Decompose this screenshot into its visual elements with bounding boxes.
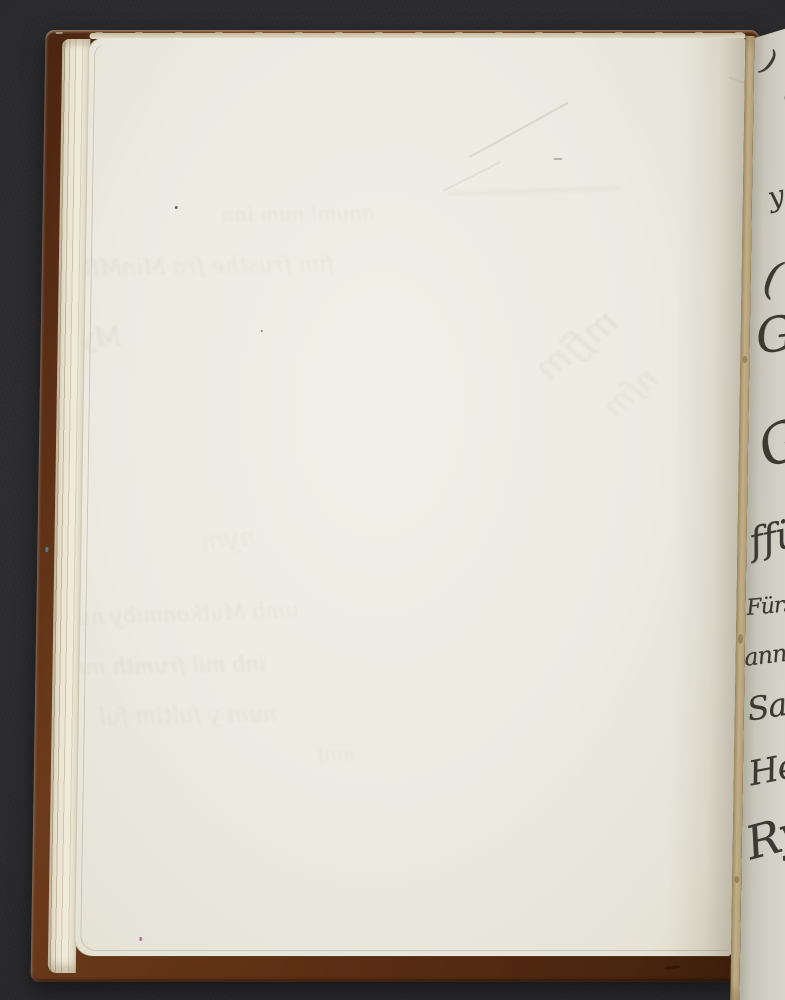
signature-fragment: ( <box>760 256 784 302</box>
signature-fragment: G <box>750 411 785 477</box>
signature-fragment: ) <box>758 46 780 78</box>
ghost-mark: nym <box>199 522 258 558</box>
ghost-mark: inb mil frumth mnight my <box>75 652 266 681</box>
ghost-mark: nnuml num inn <box>221 200 375 227</box>
blue-speck <box>45 547 48 552</box>
signature-fragment: ffü <box>746 514 785 561</box>
ghost-mark: mfjm <box>527 300 626 389</box>
fore-edge-speck <box>738 634 743 644</box>
signature-fragment: ann <box>743 641 785 670</box>
pink-speck <box>139 937 142 941</box>
ghost-mark: fim frusthe fra MinMfG <box>75 252 334 282</box>
book: nnuml num inn fim frusthe fra MinMfG My … <box>30 20 785 1000</box>
pencil-stroke <box>443 161 501 192</box>
signature-fragment: y <box>765 181 785 212</box>
blank-left-page: nnuml num inn fim frusthe fra MinMfG My … <box>75 38 745 956</box>
smudge-line <box>447 186 619 196</box>
ink-speck <box>175 206 178 209</box>
pencil-stroke <box>469 102 569 158</box>
ink-speck <box>261 330 263 332</box>
ghost-mark: num y fultim ful <box>99 702 277 730</box>
ghost-mark: nfm <box>597 360 665 425</box>
pencil-dash <box>553 158 562 160</box>
signature-fragment: Sal <box>745 686 785 725</box>
ghost-mark: umb Mutkonmiby num <box>75 598 299 630</box>
fore-edge-speck <box>734 876 739 883</box>
signature-fragment: Ry <box>741 807 785 866</box>
signature-fragment: Gr <box>753 306 785 362</box>
fore-edge-speck <box>742 356 747 363</box>
photo-backdrop: nnuml num inn fim frusthe fra MinMfG My … <box>0 0 785 1000</box>
ghost-mark: mnf <box>316 741 356 766</box>
signature-fragment: He <box>746 749 785 791</box>
signature-fragment: Fürs <box>746 594 785 620</box>
